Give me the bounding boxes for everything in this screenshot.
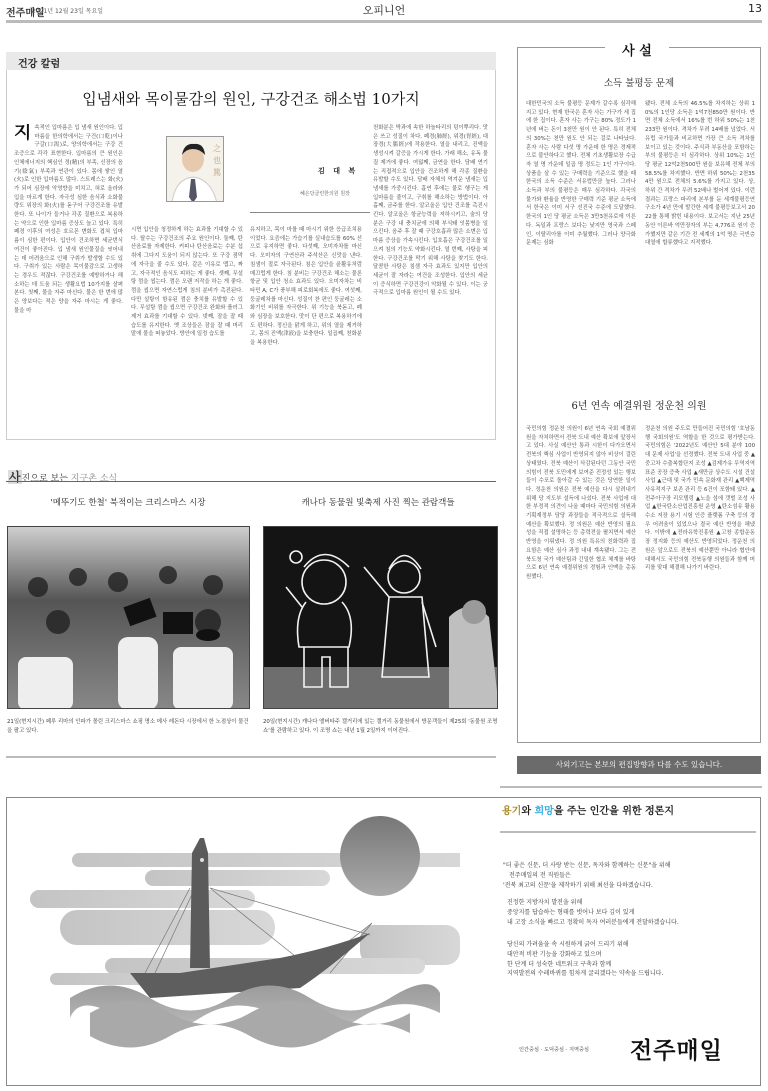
column-text-col3: 유지하고, 목이 마를 때 마시기 위한 응급조치용이었다. 요즘에는 가습기를… — [250, 226, 362, 436]
author-divider — [250, 212, 370, 213]
ad-headline-rest: 을 주는 인간을 위한 정론지 — [554, 806, 674, 817]
ad-line: 한 단계 더 성숙한 네트워크 구축과 함께 — [507, 960, 767, 970]
column-category: 건강 칼럼 — [18, 55, 60, 70]
column-body-1: 속적인 입마름은 입 냄새 원인이다. 입마름을 한의학에서는 구건(口乾)이나… — [14, 125, 123, 314]
author-title: 혜은당클린한의원 원장 — [300, 190, 350, 197]
editorial1-text-left: 대한민국의 소득 불평등 문제가 갈수록 심각해지고 있다. 현재 한국은 혼자… — [526, 100, 636, 385]
photo1-title: '메뚜기도 한철' 북적이는 크리스마스 시장 — [8, 496, 248, 508]
ad-line: 지역발전의 수레바퀴를 힘차게 굴리겠다는 약속을 드립니다. — [507, 969, 767, 979]
photo-news-header-mid: 진으로 보는 — [22, 474, 71, 484]
page-number: 13 — [748, 2, 762, 15]
ad-line: '전북 최고의 신문'을 제작하기 위해 최선을 다하겠습니다. — [503, 881, 763, 891]
svg-text:之: 之 — [213, 143, 221, 153]
ad-headline-courage: 용기 — [502, 806, 521, 817]
svg-text:篤: 篤 — [213, 167, 221, 177]
photo-news-bottom-rule — [6, 756, 496, 758]
editorial-bottom-rule — [500, 786, 762, 788]
editorial-label: 사 설 — [605, 40, 669, 59]
ad-line: "더 좋은 신문, 더 사랑 받는 신문, 독자와 함께하는 신문"을 위해 — [503, 861, 763, 871]
photo1-caption: 21일(현지시간) 페루 리마의 인파가 몰린 크리스마스 쇼핑 명소 메사 레… — [7, 718, 250, 736]
editorial1-title: 소득 불평등 문제 — [517, 75, 761, 89]
editorial2-title: 6년 연속 예결위원 정운천 의원 — [517, 397, 761, 412]
ad-line: 대안적 비판 기능을 강화하고 있으며 — [507, 950, 767, 960]
ad-headline: 용기와 희망을 주는 인간을 위한 정론지 — [502, 802, 674, 817]
photo-news-header: 사진으로 보는 지구촌 소식 — [8, 468, 117, 485]
ad-paragraph-3: 당신의 가려움을 속 시원하게 긁어 드리기 위해 대안적 비판 기능을 강화하… — [507, 940, 767, 979]
author-photo: 之 也 篤 — [166, 136, 224, 202]
ad-headline-hope: 희망 — [534, 806, 553, 817]
author-name: 김 대 복 — [318, 166, 358, 176]
editorial2-text-left: 국민의힘 정운천 의원이 6년 연속 국회 예결위원을 자처하면서 전북 도내 … — [526, 425, 636, 735]
editorial1-text-right: 됐다. 전체 소득의 46.5%를 차지하는 상위 10%의 1인당 소득은 1… — [645, 100, 755, 385]
column-headline: 입냄새와 목이물감의 원인, 구강건조 해소법 10가지 — [6, 88, 496, 109]
column-text-col1: 지속적인 입마름은 입 냄새 원인이다. 입마름을 한의학에서는 구건(口乾)이… — [14, 124, 123, 436]
header-rule — [6, 20, 762, 23]
ad-line: 진정한 지방자치 발전을 위해 — [507, 898, 767, 908]
ad-line: 내 고장 소식을 빠르고 정확히 독자 여러분들에게 전달하겠습니다. — [507, 918, 767, 928]
ad-line: 전주매일의 전 직원들은 — [503, 871, 763, 881]
svg-text:也: 也 — [213, 155, 221, 165]
ad-headline-rule — [500, 831, 756, 833]
photo-news-rule — [6, 481, 496, 482]
photo2-title: 캐나다 동물원 빛축제 사진 찍는 관람객들 — [258, 496, 498, 508]
editorial2-text-right: 정운천 의원 주도로 만들어진 국민의힘 '호남동행 국회의원'도 역할을 한 … — [645, 425, 755, 735]
ad-line: 당신의 가려움을 속 시원하게 긁어 드리기 위해 — [507, 940, 767, 950]
ship-illustration — [30, 808, 460, 1052]
ad-line: 중앙지를 답습하는 형태를 벗어나 보다 깊이 있게 — [507, 908, 767, 918]
section-title: 오피니언 — [0, 2, 768, 18]
photo2-caption: 20일(현지시간) 캐나다 앨버타주 캘거리에 있는 캘거리 동물원에서 방문객… — [263, 718, 498, 736]
ad-slogan: 인간중심 · 도덕중심 · 지역중심 — [519, 1046, 589, 1053]
photo2-zoo-light-show — [263, 526, 498, 709]
column-category-bar: 건강 칼럼 — [6, 52, 496, 70]
ad-paragraph-1: "더 좋은 신문, 더 사랑 받는 신문, 독자와 함께하는 신문"을 위해 전… — [503, 861, 763, 890]
column-text-col4: 천화분은 박과에 속한 하늘타리의 덩이뿌리다. 맛은 쓰고 성질이 차다. 폐… — [373, 124, 488, 436]
disclaimer-banner: 사외기고는 본보의 편집방향과 다를 수도 있습니다. — [517, 756, 761, 774]
column-text-col2: 시면 입안을 청정하게 하는 효과를 기대할 수 있다. 탈수는 구강건조의 주… — [131, 226, 243, 436]
ad-headline-part: 와 — [521, 806, 534, 817]
dropcap: 지 — [14, 124, 31, 142]
ad-logo: 전주매일 — [630, 1032, 723, 1065]
photo-news-header-gray: 지구촌 소식 — [71, 474, 117, 484]
photo1-christmas-market — [7, 526, 250, 709]
ad-paragraph-2: 진정한 지방자치 발전을 위해 중앙지를 답습하는 형태를 벗어나 보다 깊이 … — [507, 898, 767, 927]
